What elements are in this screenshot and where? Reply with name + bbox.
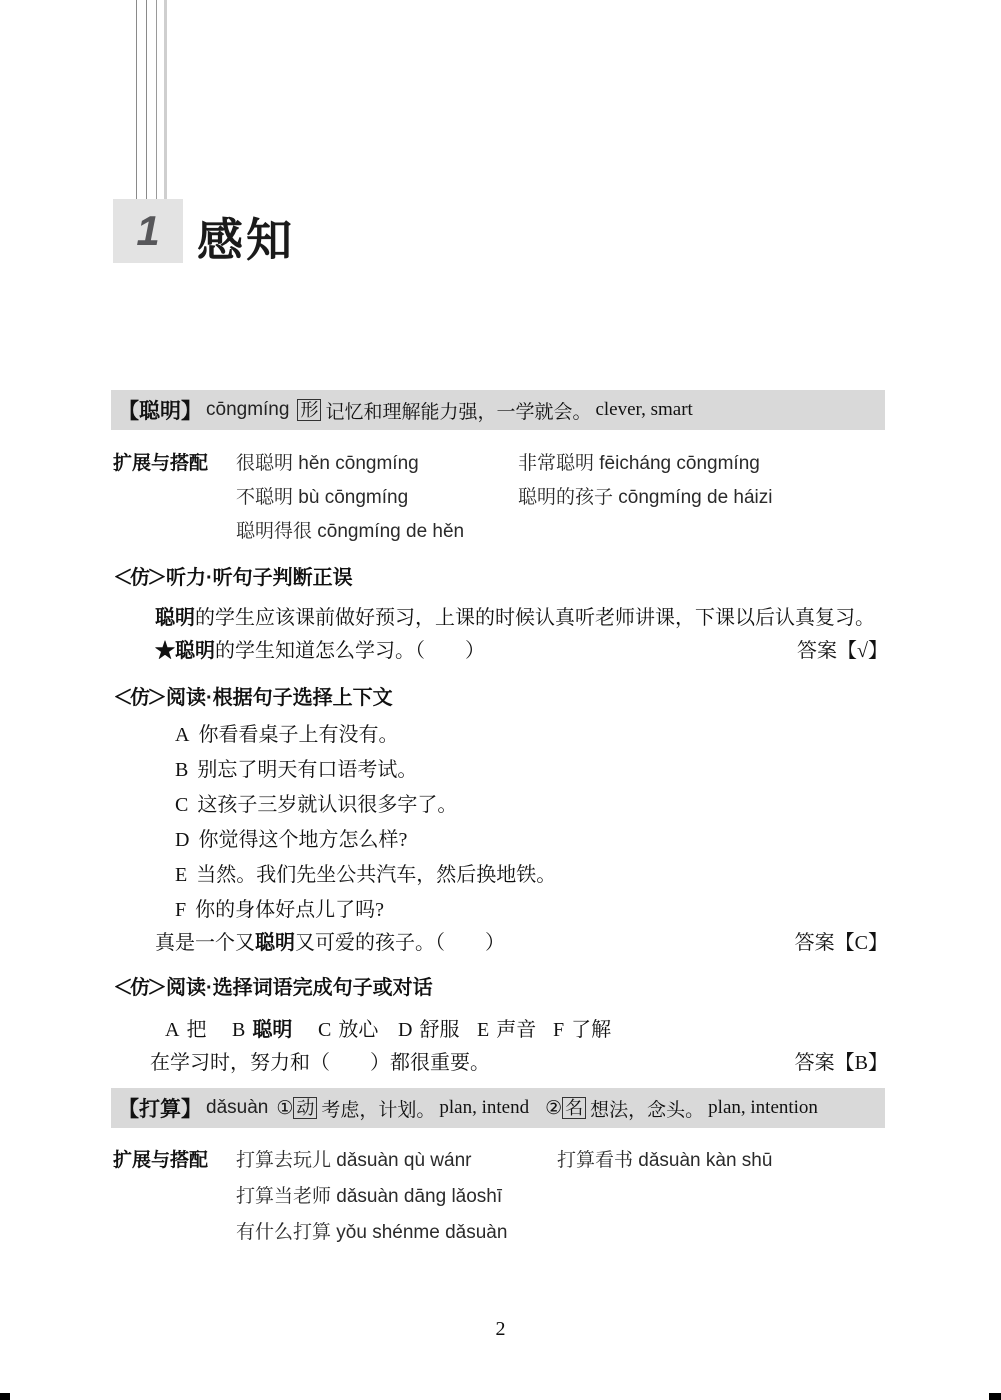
listening-question-line: ★聪明的学生知道怎么学习。（ ） 答案【√】 — [155, 634, 888, 663]
collocation-item: 打算当老师 dǎsuàn dāng lǎoshī — [236, 1186, 502, 1207]
definition: 记忆和理解能力强，一学就会。 — [325, 397, 591, 424]
word-choices-row: A把 B聪明 C放心 D舒服 E声音 F了解 — [0, 1013, 1001, 1039]
choice-letter: B — [232, 1019, 245, 1041]
sense-number: ② — [545, 1097, 562, 1120]
entry-header-dasuan: 【打算】 dǎsuàn ① 动 考虑，计划。 plan, intend ② 名 … — [111, 1088, 885, 1128]
collocation-item: 不聪明 bù cōngmíng — [236, 487, 408, 508]
exercise-title: 听力·听句子判断正误 — [166, 567, 353, 589]
chapter-number-box: 1 — [113, 199, 183, 263]
option-text: 别忘了明天有口语考试。 — [197, 759, 417, 781]
collocation-row: 很聪明 hěn cōngmíng 非常聪明 fēicháng cōngmíng — [236, 448, 896, 470]
question-text: 真是一个又 — [155, 932, 255, 954]
pinyin: dǎsuàn — [206, 1097, 268, 1119]
collocation-item: 非常聪明 fēicháng cōngmíng — [518, 448, 760, 475]
crop-mark — [989, 1393, 1001, 1400]
collocation-item: 打算去玩儿 dǎsuàn qù wánr — [236, 1150, 472, 1171]
imitation-tag: ＜仿＞ — [113, 977, 164, 999]
option-row: A你看看桌子上有没有。 — [175, 718, 398, 747]
exercise-heading-reading2: ＜仿＞阅读·选择词语完成句子或对话 — [113, 971, 433, 1000]
chapter-number: 1 — [136, 207, 159, 255]
imitation-tag: ＜仿＞ — [113, 687, 164, 709]
collocation-row: 有什么打算 yǒu shénme dǎsuàn — [236, 1217, 896, 1239]
option-letter: E — [175, 864, 187, 886]
imitation-tag: ＜仿＞ — [113, 567, 164, 589]
pos-box: 名 — [562, 1097, 586, 1119]
definition: 考虑，计划。 — [321, 1095, 435, 1122]
binding-line — [146, 0, 147, 199]
word-choice: E声音 — [477, 1013, 536, 1042]
headword: 【打算】 — [118, 1093, 202, 1123]
choice-word: 声音 — [496, 1019, 536, 1041]
choice-letter: A — [165, 1019, 179, 1041]
book-page: 1 感知 【聪明】 cōngmíng 形 记忆和理解能力强，一学就会。 clev… — [0, 0, 1001, 1400]
collocation-label: 扩展与搭配 — [113, 1145, 208, 1172]
reading2-question-line: 在学习时，努力和（ ）都很重要。 答案【B】 — [150, 1046, 888, 1075]
english-gloss: clever, smart — [595, 399, 692, 421]
option-text: 你的身体好点儿了吗? — [195, 899, 384, 921]
passage-bold: 聪明 — [155, 607, 195, 629]
option-letter: D — [175, 829, 189, 851]
option-letter: A — [175, 724, 189, 746]
exercise-title: 阅读·根据句子选择上下文 — [166, 687, 393, 709]
page-number: 2 — [0, 1318, 1001, 1341]
option-text: 当然。我们先坐公共汽车，然后换地铁。 — [196, 864, 556, 886]
question-text: 又可爱的孩子。（ ） — [295, 932, 505, 954]
reading1-question-line: 真是一个又聪明又可爱的孩子。（ ） 答案【C】 — [155, 926, 888, 955]
question-text: 的学生知道怎么学习。（ ） — [215, 640, 485, 662]
binding-line — [136, 0, 137, 199]
collocation-item: 聪明得很 cōngmíng de hěn — [236, 521, 464, 542]
pos-box: 动 — [293, 1097, 317, 1119]
question-text: 在学习时，努力和（ ）都很重要。 — [150, 1052, 490, 1074]
choice-letter: E — [477, 1019, 489, 1041]
choice-letter: C — [318, 1019, 331, 1041]
option-row: D你觉得这个地方怎么样? — [175, 823, 407, 852]
collocation-item: 打算看书 dǎsuàn kàn shū — [557, 1145, 772, 1172]
option-text: 你看看桌子上有没有。 — [198, 724, 398, 746]
answer-label: 答案【B】 — [795, 1046, 888, 1075]
choice-letter: F — [553, 1019, 564, 1041]
collocation-row: 不聪明 bù cōngmíng 聪明的孩子 cōngmíng de háizi — [236, 482, 896, 504]
collocation-item: 有什么打算 yǒu shénme dǎsuàn — [236, 1222, 507, 1243]
binding-line — [156, 0, 157, 199]
collocation-row: 打算当老师 dǎsuàn dāng lǎoshī — [236, 1181, 896, 1203]
entry-header-congming: 【聪明】 cōngmíng 形 记忆和理解能力强，一学就会。 clever, s… — [111, 390, 885, 430]
word-choice: C放心 — [318, 1013, 378, 1042]
choice-word: 舒服 — [419, 1019, 459, 1041]
exercise-heading-listening: ＜仿＞听力·听句子判断正误 — [113, 561, 353, 590]
word-choice: A把 — [165, 1013, 206, 1042]
option-text: 这孩子三岁就认识很多字了。 — [197, 794, 457, 816]
crop-mark — [0, 1393, 10, 1400]
english-gloss: plan, intention — [708, 1097, 818, 1119]
definition: 想法，念头。 — [590, 1095, 704, 1122]
option-letter: F — [175, 899, 186, 921]
choice-word: 了解 — [571, 1019, 611, 1041]
option-letter: B — [175, 759, 188, 781]
option-text: 你觉得这个地方怎么样? — [198, 829, 407, 851]
english-gloss: plan, intend — [439, 1097, 529, 1119]
listening-passage: 聪明的学生应该课前做好预习，上课的时候认真听老师讲课，下课以后认真复习。 — [155, 601, 875, 630]
headword: 【聪明】 — [118, 395, 202, 425]
collocation-label: 扩展与搭配 — [113, 448, 208, 475]
collocation-row: 聪明得很 cōngmíng de hěn — [236, 516, 896, 538]
question-bold: ★聪明 — [155, 640, 215, 662]
choice-word: 放心 — [338, 1019, 378, 1041]
collocation-row: 打算去玩儿 dǎsuàn qù wánr 打算看书 dǎsuàn kàn shū — [236, 1145, 896, 1167]
choice-word: 聪明 — [252, 1019, 292, 1041]
word-choice: F了解 — [553, 1013, 611, 1042]
choice-letter: D — [398, 1019, 412, 1041]
option-letter: C — [175, 794, 188, 816]
option-row: F你的身体好点儿了吗? — [175, 893, 384, 922]
exercise-heading-reading1: ＜仿＞阅读·根据句子选择上下文 — [113, 681, 393, 710]
choice-word: 把 — [186, 1019, 206, 1041]
answer-label: 答案【C】 — [795, 926, 888, 955]
collocation-grid: 打算去玩儿 dǎsuàn qù wánr 打算看书 dǎsuàn kàn shū… — [236, 1145, 896, 1253]
pinyin: cōngmíng — [206, 399, 289, 421]
option-row: B别忘了明天有口语考试。 — [175, 753, 417, 782]
sense-number: ① — [276, 1097, 293, 1120]
answer-label: 答案【√】 — [797, 634, 888, 663]
collocation-grid: 很聪明 hěn cōngmíng 非常聪明 fēicháng cōngmíng … — [236, 448, 896, 550]
collocation-item: 很聪明 hěn cōngmíng — [236, 453, 419, 474]
question-bold: 聪明 — [255, 932, 295, 954]
option-row: C这孩子三岁就认识很多字了。 — [175, 788, 457, 817]
collocation-item: 聪明的孩子 cōngmíng de háizi — [518, 482, 773, 509]
pos-box: 形 — [297, 399, 321, 421]
option-row: E当然。我们先坐公共汽车，然后换地铁。 — [175, 858, 556, 887]
word-choice: D舒服 — [398, 1013, 459, 1042]
exercise-title: 阅读·选择词语完成句子或对话 — [166, 977, 433, 999]
word-choice: B聪明 — [232, 1013, 292, 1042]
binding-line — [164, 0, 167, 199]
chapter-title: 感知 — [197, 204, 295, 270]
passage-text: 的学生应该课前做好预习，上课的时候认真听老师讲课，下课以后认真复习。 — [195, 607, 875, 629]
